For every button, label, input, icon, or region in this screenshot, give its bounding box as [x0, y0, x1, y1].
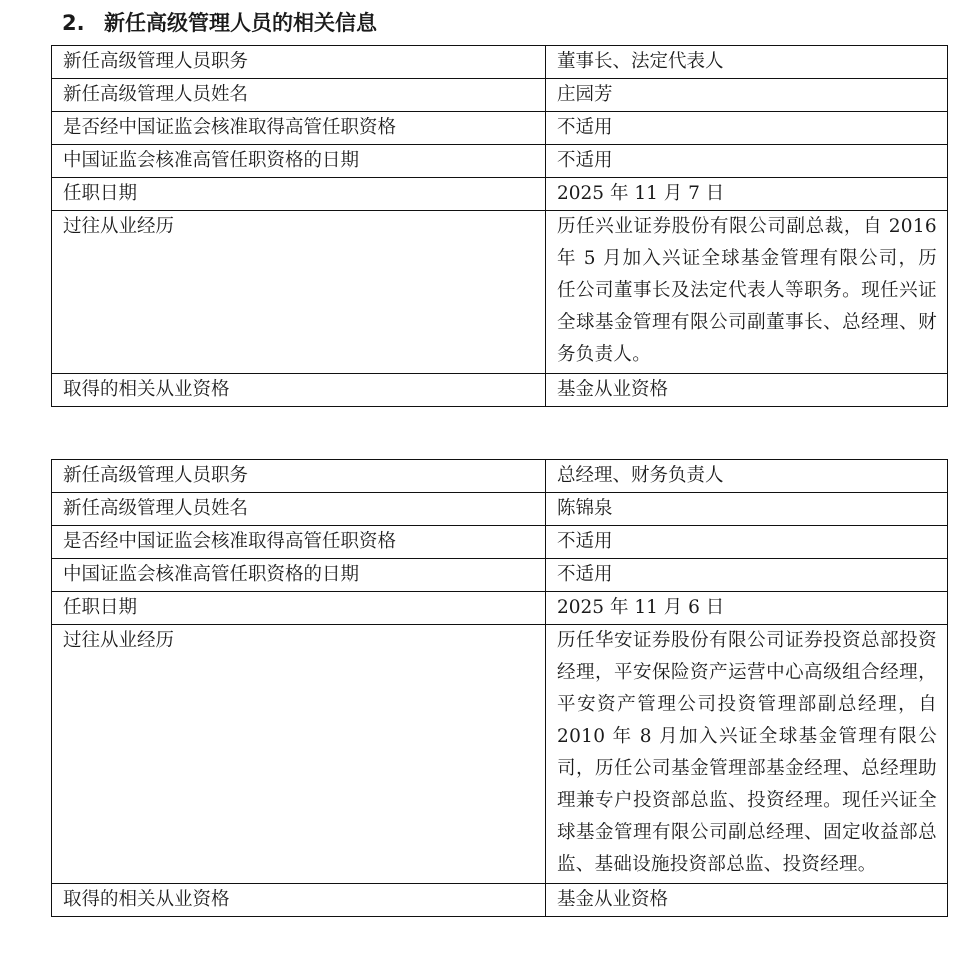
- row-label: 取得的相关从业资格: [52, 374, 546, 407]
- table-row-appointment-date: 任职日期 2025 年 11 月 7 日: [52, 178, 948, 211]
- row-label: 任职日期: [52, 592, 546, 625]
- table-row-experience: 过往从业经历 历任兴业证券股份有限公司副总裁，自 2016 年 5 月加入兴证全…: [52, 211, 948, 374]
- row-label: 中国证监会核准高管任职资格的日期: [52, 559, 546, 592]
- row-value: 总经理、财务负责人: [546, 460, 948, 493]
- section-number: 2.: [62, 6, 104, 40]
- executive-info-table-1: 新任高级管理人员职务 董事长、法定代表人 新任高级管理人员姓名 庄园芳 是否经中…: [51, 45, 948, 407]
- table-row-approval-date: 中国证监会核准高管任职资格的日期 不适用: [52, 559, 948, 592]
- row-label: 任职日期: [52, 178, 546, 211]
- row-value: 2025 年 11 月 6 日: [546, 592, 948, 625]
- table-row-appointment-date: 任职日期 2025 年 11 月 6 日: [52, 592, 948, 625]
- row-label: 新任高级管理人员职务: [52, 460, 546, 493]
- table-row-name: 新任高级管理人员姓名 陈锦泉: [52, 493, 948, 526]
- row-value: 陈锦泉: [546, 493, 948, 526]
- row-label: 中国证监会核准高管任职资格的日期: [52, 145, 546, 178]
- table-row-approval-date: 中国证监会核准高管任职资格的日期 不适用: [52, 145, 948, 178]
- row-value: 不适用: [546, 145, 948, 178]
- table-row-csrc-approval: 是否经中国证监会核准取得高管任职资格 不适用: [52, 526, 948, 559]
- row-label: 新任高级管理人员姓名: [52, 493, 546, 526]
- row-label: 取得的相关从业资格: [52, 884, 546, 917]
- row-label: 过往从业经历: [52, 211, 546, 374]
- row-label: 是否经中国证监会核准取得高管任职资格: [52, 526, 546, 559]
- table-row-qualification: 取得的相关从业资格 基金从业资格: [52, 884, 948, 917]
- row-label: 新任高级管理人员职务: [52, 46, 546, 79]
- table-row-position: 新任高级管理人员职务 总经理、财务负责人: [52, 460, 948, 493]
- row-value: 历任华安证券股份有限公司证券投资总部投资经理，平安保险资产运营中心高级组合经理，…: [546, 625, 948, 884]
- table-row-name: 新任高级管理人员姓名 庄园芳: [52, 79, 948, 112]
- row-value: 董事长、法定代表人: [546, 46, 948, 79]
- row-value: 2025 年 11 月 7 日: [546, 178, 948, 211]
- section-heading: 2.新任高级管理人员的相关信息: [62, 6, 377, 40]
- row-value: 不适用: [546, 526, 948, 559]
- table-row-qualification: 取得的相关从业资格 基金从业资格: [52, 374, 948, 407]
- row-value: 基金从业资格: [546, 884, 948, 917]
- table-row-experience: 过往从业经历 历任华安证券股份有限公司证券投资总部投资经理，平安保险资产运营中心…: [52, 625, 948, 884]
- row-value: 基金从业资格: [546, 374, 948, 407]
- section-title: 新任高级管理人员的相关信息: [104, 11, 377, 35]
- row-value: 历任兴业证券股份有限公司副总裁，自 2016 年 5 月加入兴证全球基金管理有限…: [546, 211, 948, 374]
- table-row-position: 新任高级管理人员职务 董事长、法定代表人: [52, 46, 948, 79]
- row-value: 庄园芳: [546, 79, 948, 112]
- row-label: 新任高级管理人员姓名: [52, 79, 546, 112]
- row-label: 是否经中国证监会核准取得高管任职资格: [52, 112, 546, 145]
- row-value: 不适用: [546, 112, 948, 145]
- row-value: 不适用: [546, 559, 948, 592]
- row-label: 过往从业经历: [52, 625, 546, 884]
- executive-info-table-2: 新任高级管理人员职务 总经理、财务负责人 新任高级管理人员姓名 陈锦泉 是否经中…: [51, 459, 948, 917]
- table-row-csrc-approval: 是否经中国证监会核准取得高管任职资格 不适用: [52, 112, 948, 145]
